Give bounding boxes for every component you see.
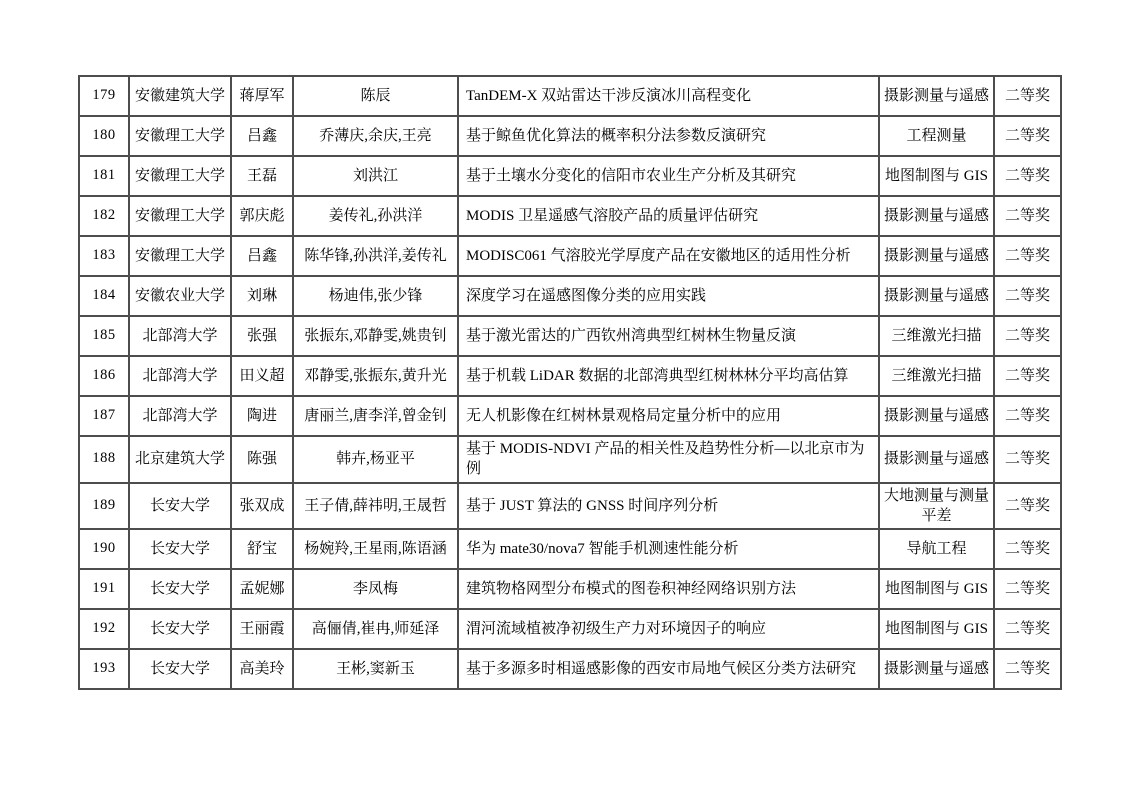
category-cell: 工程测量 [879,116,994,156]
category-cell: 摄影测量与遥感 [879,236,994,276]
coauthors-cell: 张振东,邓静雯,姚贵钊 [293,316,458,356]
project-title-cell: 基于多源多时相遥感影像的西安市局地气候区分类方法研究 [458,649,879,689]
student-name-cell: 王丽霞 [231,609,293,649]
project-title-cell: 基于土壤水分变化的信阳市农业生产分析及其研究 [458,156,879,196]
table-row: 193 长安大学 高美玲 王彬,窦新玉 基于多源多时相遥感影像的西安市局地气候区… [79,649,1061,689]
university-cell: 北部湾大学 [129,316,231,356]
category-cell: 导航工程 [879,529,994,569]
row-number-cell: 191 [79,569,129,609]
table-row: 181 安徽理工大学 王磊 刘洪江 基于土壤水分变化的信阳市农业生产分析及其研究… [79,156,1061,196]
coauthors-cell: 高俪倩,崔冉,师延泽 [293,609,458,649]
row-number-cell: 190 [79,529,129,569]
category-cell: 摄影测量与遥感 [879,196,994,236]
category-cell: 地图制图与 GIS [879,609,994,649]
row-number-cell: 192 [79,609,129,649]
student-name-cell: 王磊 [231,156,293,196]
coauthors-cell: 王彬,窦新玉 [293,649,458,689]
coauthors-cell: 刘洪江 [293,156,458,196]
category-cell: 摄影测量与遥感 [879,276,994,316]
student-name-cell: 刘琳 [231,276,293,316]
coauthors-cell: 陈华锋,孙洪洋,姜传礼 [293,236,458,276]
award-level-cell: 二等奖 [994,76,1061,116]
category-cell: 大地测量与测量平差 [879,483,994,530]
award-level-cell: 二等奖 [994,236,1061,276]
award-level-cell: 二等奖 [994,529,1061,569]
row-number-cell: 185 [79,316,129,356]
award-level-cell: 二等奖 [994,436,1061,483]
table-row: 187 北部湾大学 陶进 唐丽兰,唐李洋,曾金钊 无人机影像在红树林景观格局定量… [79,396,1061,436]
award-level-cell: 二等奖 [994,649,1061,689]
university-cell: 安徽理工大学 [129,196,231,236]
university-cell: 安徽农业大学 [129,276,231,316]
project-title-cell: TanDEM-X 双站雷达干涉反演冰川高程变化 [458,76,879,116]
row-number-cell: 188 [79,436,129,483]
project-title-cell: 基于激光雷达的广西钦州湾典型红树林生物量反演 [458,316,879,356]
student-name-cell: 陶进 [231,396,293,436]
award-level-cell: 二等奖 [994,156,1061,196]
category-cell: 三维激光扫描 [879,316,994,356]
row-number-cell: 189 [79,483,129,530]
university-cell: 北部湾大学 [129,356,231,396]
award-level-cell: 二等奖 [994,569,1061,609]
project-title-cell: 深度学习在遥感图像分类的应用实践 [458,276,879,316]
award-level-cell: 二等奖 [994,356,1061,396]
coauthors-cell: 邓静雯,张振东,黄升光 [293,356,458,396]
award-level-cell: 二等奖 [994,276,1061,316]
table-row: 189 长安大学 张双成 王子倩,薛祎明,王晟哲 基于 JUST 算法的 GNS… [79,483,1061,530]
award-level-cell: 二等奖 [994,116,1061,156]
project-title-cell: MODIS 卫星遥感气溶胶产品的质量评估研究 [458,196,879,236]
document-page: 179 安徽建筑大学 蒋厚军 陈辰 TanDEM-X 双站雷达干涉反演冰川高程变… [0,0,1123,794]
coauthors-cell: 韩卉,杨亚平 [293,436,458,483]
project-title-cell: 基于机载 LiDAR 数据的北部湾典型红树林林分平均高估算 [458,356,879,396]
student-name-cell: 高美玲 [231,649,293,689]
university-cell: 长安大学 [129,649,231,689]
student-name-cell: 孟妮娜 [231,569,293,609]
category-cell: 地图制图与 GIS [879,569,994,609]
coauthors-cell: 唐丽兰,唐李洋,曾金钊 [293,396,458,436]
table-row: 188 北京建筑大学 陈强 韩卉,杨亚平 基于 MODIS-NDVI 产品的相关… [79,436,1061,483]
student-name-cell: 张强 [231,316,293,356]
table-row: 190 长安大学 舒宝 杨婉羚,王星雨,陈语涵 华为 mate30/nova7 … [79,529,1061,569]
table-row: 180 安徽理工大学 吕鑫 乔薄庆,余庆,王亮 基于鲸鱼优化算法的概率积分法参数… [79,116,1061,156]
row-number-cell: 193 [79,649,129,689]
row-number-cell: 183 [79,236,129,276]
coauthors-cell: 杨婉羚,王星雨,陈语涵 [293,529,458,569]
project-title-cell: 基于 JUST 算法的 GNSS 时间序列分析 [458,483,879,530]
coauthors-cell: 杨迪伟,张少锋 [293,276,458,316]
table-row: 183 安徽理工大学 吕鑫 陈华锋,孙洪洋,姜传礼 MODISC061 气溶胶光… [79,236,1061,276]
university-cell: 长安大学 [129,483,231,530]
table-row: 192 长安大学 王丽霞 高俪倩,崔冉,师延泽 渭河流域植被净初级生产力对环境因… [79,609,1061,649]
table-row: 191 长安大学 孟妮娜 李凤梅 建筑物格网型分布模式的图卷积神经网络识别方法 … [79,569,1061,609]
project-title-cell: MODISC061 气溶胶光学厚度产品在安徽地区的适用性分析 [458,236,879,276]
university-cell: 北部湾大学 [129,396,231,436]
category-cell: 三维激光扫描 [879,356,994,396]
table-row: 179 安徽建筑大学 蒋厚军 陈辰 TanDEM-X 双站雷达干涉反演冰川高程变… [79,76,1061,116]
row-number-cell: 186 [79,356,129,396]
project-title-cell: 渭河流域植被净初级生产力对环境因子的响应 [458,609,879,649]
project-title-cell: 基于 MODIS-NDVI 产品的相关性及趋势性分析—以北京市为例 [458,436,879,483]
student-name-cell: 吕鑫 [231,236,293,276]
award-level-cell: 二等奖 [994,483,1061,530]
coauthors-cell: 姜传礼,孙洪洋 [293,196,458,236]
student-name-cell: 田义超 [231,356,293,396]
university-cell: 安徽建筑大学 [129,76,231,116]
university-cell: 长安大学 [129,609,231,649]
row-number-cell: 187 [79,396,129,436]
row-number-cell: 180 [79,116,129,156]
project-title-cell: 建筑物格网型分布模式的图卷积神经网络识别方法 [458,569,879,609]
project-title-cell: 基于鲸鱼优化算法的概率积分法参数反演研究 [458,116,879,156]
row-number-cell: 182 [79,196,129,236]
university-cell: 长安大学 [129,569,231,609]
table-row: 186 北部湾大学 田义超 邓静雯,张振东,黄升光 基于机载 LiDAR 数据的… [79,356,1061,396]
category-cell: 摄影测量与遥感 [879,396,994,436]
university-cell: 安徽理工大学 [129,236,231,276]
category-cell: 摄影测量与遥感 [879,436,994,483]
award-level-cell: 二等奖 [994,316,1061,356]
table-row: 184 安徽农业大学 刘琳 杨迪伟,张少锋 深度学习在遥感图像分类的应用实践 摄… [79,276,1061,316]
student-name-cell: 吕鑫 [231,116,293,156]
table-row: 185 北部湾大学 张强 张振东,邓静雯,姚贵钊 基于激光雷达的广西钦州湾典型红… [79,316,1061,356]
award-level-cell: 二等奖 [994,609,1061,649]
university-cell: 安徽理工大学 [129,116,231,156]
award-level-cell: 二等奖 [994,396,1061,436]
coauthors-cell: 陈辰 [293,76,458,116]
award-results-table: 179 安徽建筑大学 蒋厚军 陈辰 TanDEM-X 双站雷达干涉反演冰川高程变… [78,75,1062,690]
student-name-cell: 舒宝 [231,529,293,569]
coauthors-cell: 李凤梅 [293,569,458,609]
row-number-cell: 181 [79,156,129,196]
coauthors-cell: 王子倩,薛祎明,王晟哲 [293,483,458,530]
project-title-cell: 无人机影像在红树林景观格局定量分析中的应用 [458,396,879,436]
coauthors-cell: 乔薄庆,余庆,王亮 [293,116,458,156]
project-title-cell: 华为 mate30/nova7 智能手机测速性能分析 [458,529,879,569]
category-cell: 摄影测量与遥感 [879,76,994,116]
category-cell: 地图制图与 GIS [879,156,994,196]
university-cell: 安徽理工大学 [129,156,231,196]
university-cell: 北京建筑大学 [129,436,231,483]
university-cell: 长安大学 [129,529,231,569]
category-cell: 摄影测量与遥感 [879,649,994,689]
award-level-cell: 二等奖 [994,196,1061,236]
row-number-cell: 184 [79,276,129,316]
table-row: 182 安徽理工大学 郭庆彪 姜传礼,孙洪洋 MODIS 卫星遥感气溶胶产品的质… [79,196,1061,236]
student-name-cell: 蒋厚军 [231,76,293,116]
student-name-cell: 陈强 [231,436,293,483]
row-number-cell: 179 [79,76,129,116]
student-name-cell: 郭庆彪 [231,196,293,236]
student-name-cell: 张双成 [231,483,293,530]
